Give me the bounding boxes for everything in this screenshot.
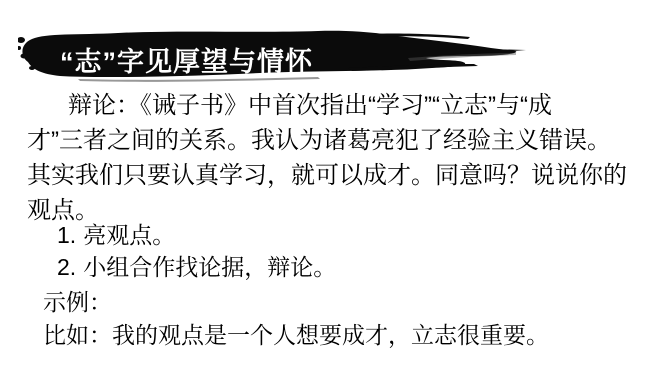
slide-page: “志”字见厚望与情怀 辩论：《诫子书》中首次指出“学习”“立志”与“成 才”三者… xyxy=(0,0,668,376)
list-item-number: 2. xyxy=(57,251,76,283)
example-block: 示例： 比如：我的观点是一个人想要成才，立志很重要。 xyxy=(43,286,549,352)
example-label: 示例： xyxy=(43,286,549,319)
paragraph-line: 其实我们只要认真学习，就可以成才。同意吗？说说你的 xyxy=(27,158,659,193)
list-item: 2.小组合作找论据，辩论。 xyxy=(57,251,336,283)
example-sentence: 比如：我的观点是一个人想要成才，立志很重要。 xyxy=(43,319,549,352)
list-item-number: 1. xyxy=(57,219,76,251)
debate-paragraph: 辩论：《诫子书》中首次指出“学习”“立志”与“成 才”三者之间的关系。我认为诸葛… xyxy=(27,88,659,228)
list-item: 1.亮观点。 xyxy=(57,219,336,251)
list-item-text: 亮观点。 xyxy=(83,222,175,248)
list-item-text: 小组合作找论据，辩论。 xyxy=(83,254,336,280)
banner-title: “志”字见厚望与情怀 xyxy=(60,40,313,79)
paragraph-line: 才”三者之间的关系。我认为诸葛亮犯了经验主义错误。 xyxy=(27,123,659,158)
paragraph-line: 辩论：《诫子书》中首次指出“学习”“立志”与“成 xyxy=(27,88,659,123)
section-banner: “志”字见厚望与情怀 xyxy=(18,22,528,86)
steps-list: 1.亮观点。 2.小组合作找论据，辩论。 xyxy=(57,219,336,283)
